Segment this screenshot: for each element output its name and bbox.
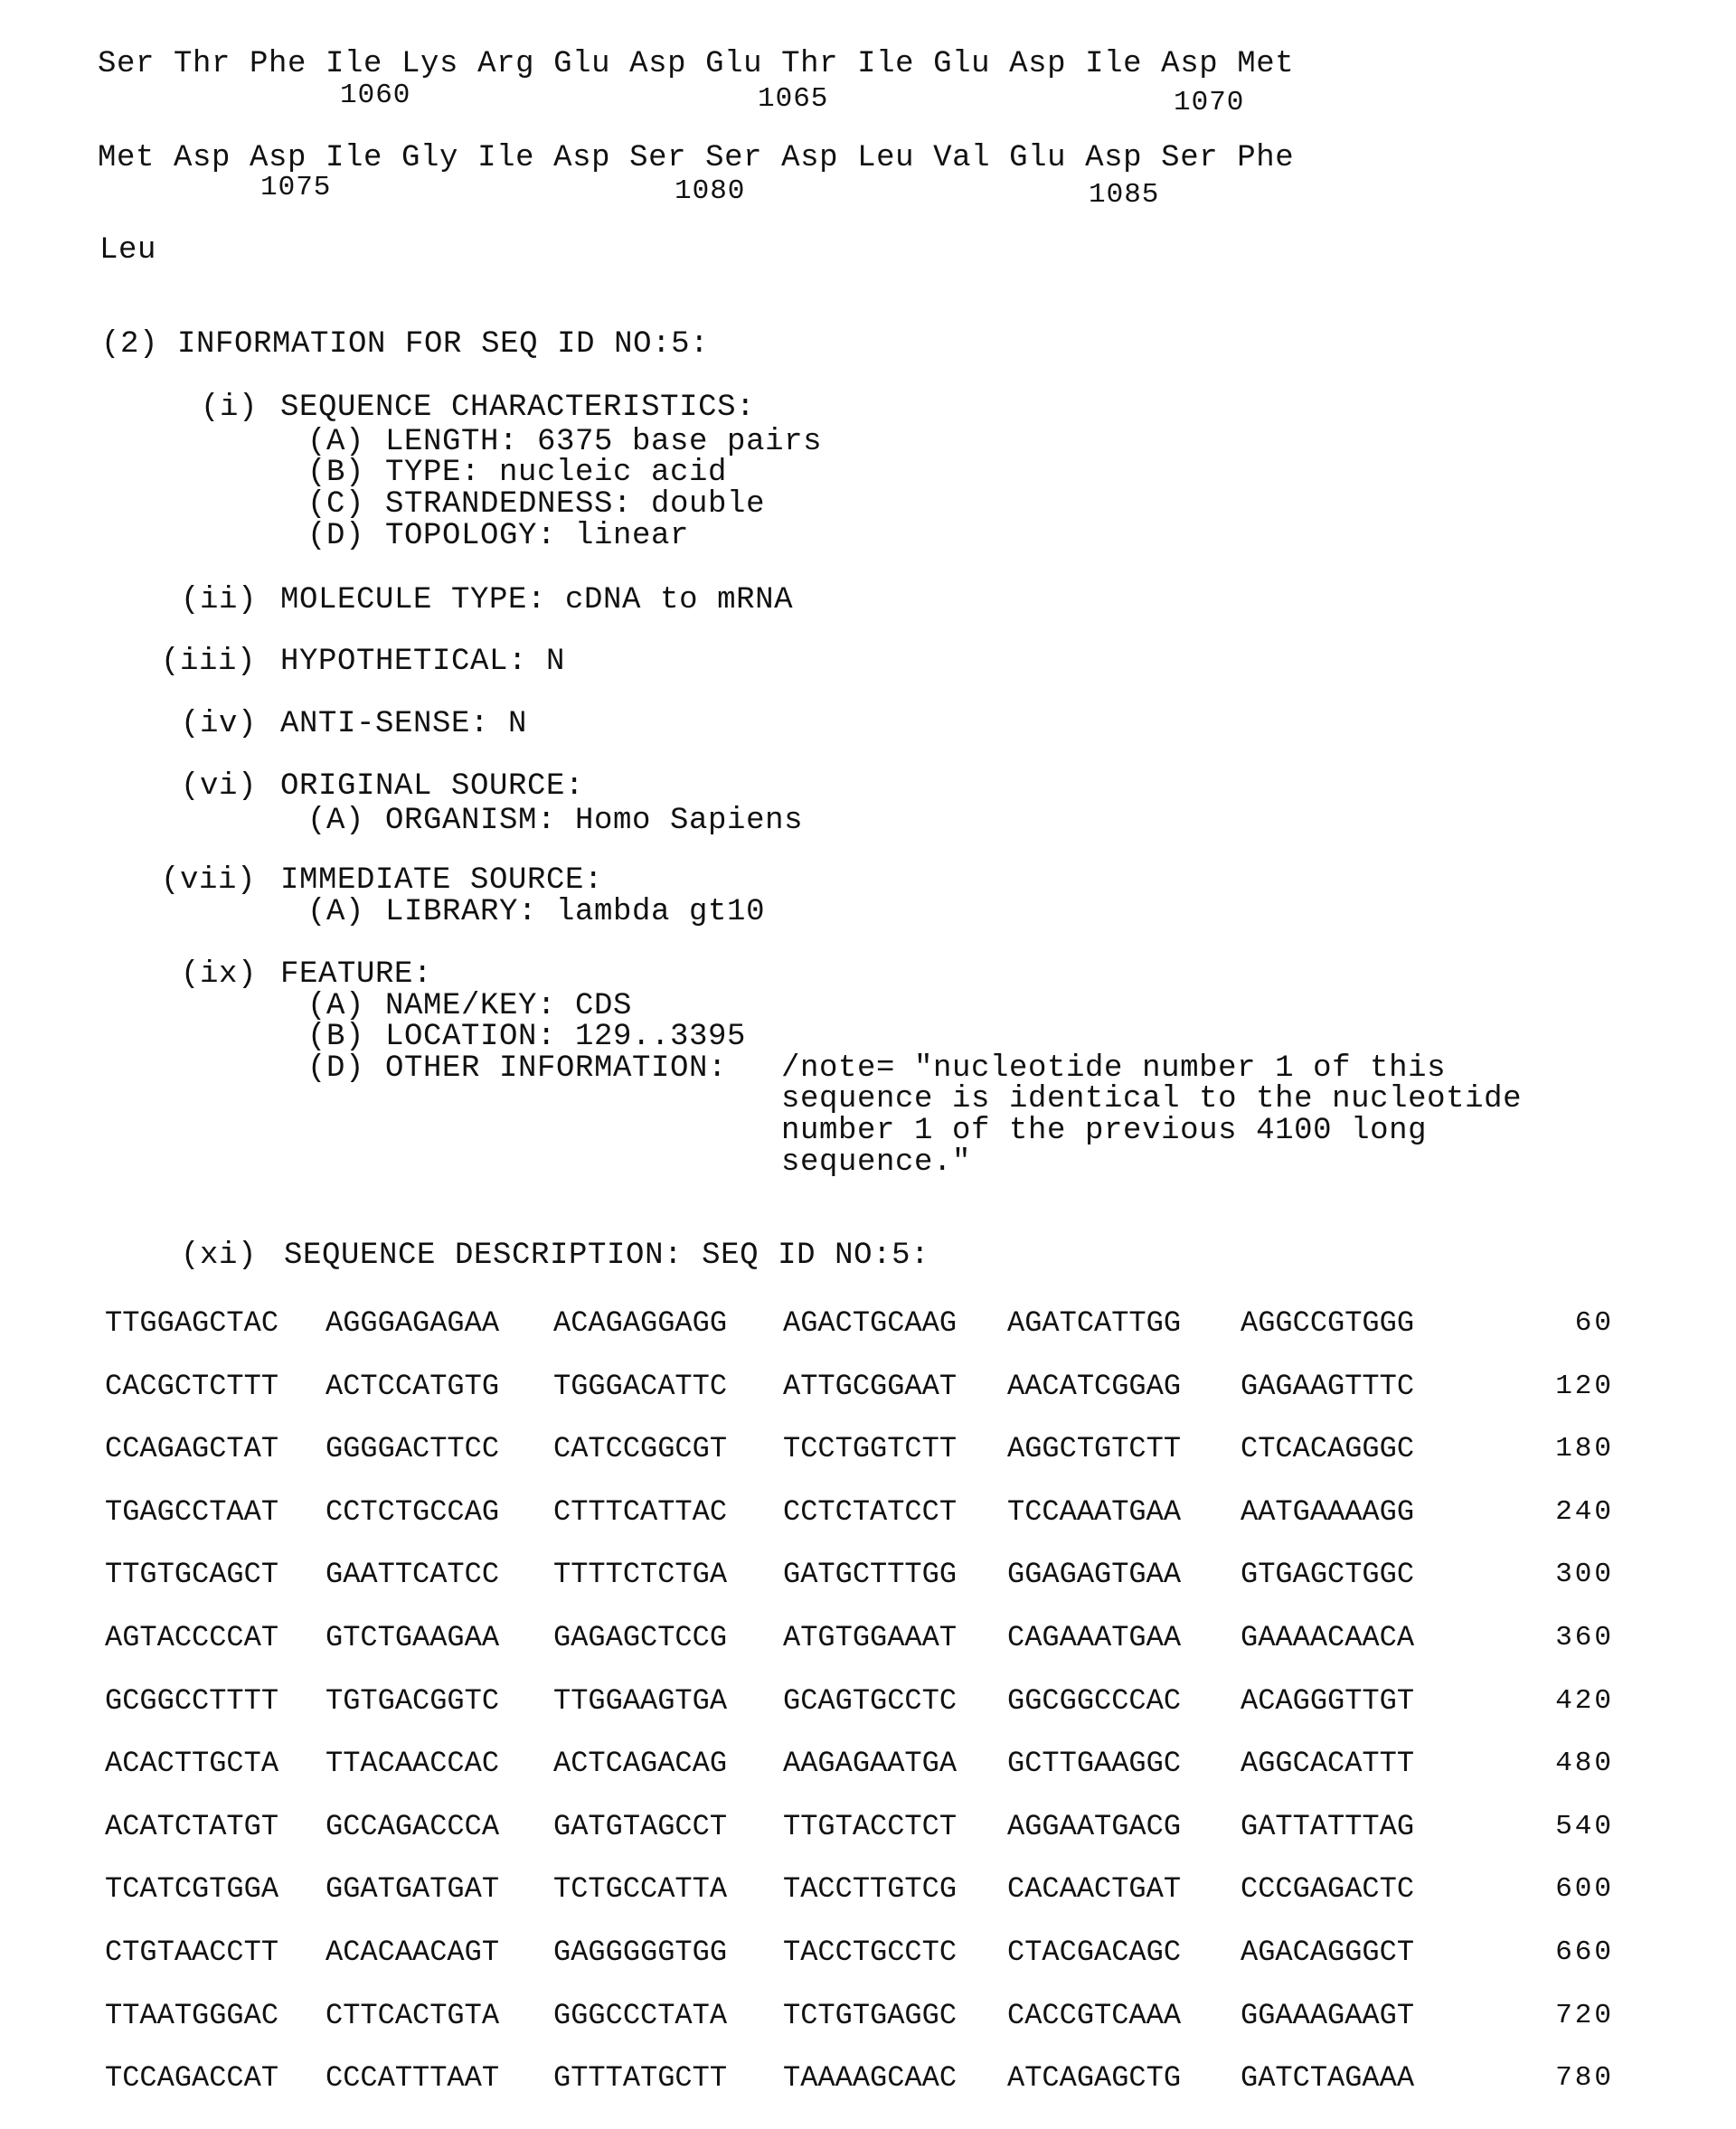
sub-item-key: (B): [307, 456, 364, 490]
nucleotide-block: TGGGACATTC: [553, 1371, 727, 1403]
strandedness-field: STRANDEDNESS: double: [385, 487, 765, 522]
nucleotide-block: TACCTTGTCG: [783, 1873, 957, 1906]
sequence-position-number: 480: [1505, 1747, 1614, 1780]
nucleotide-block: TTACAACCAC: [325, 1747, 499, 1780]
sequence-position-number: 60: [1505, 1307, 1614, 1340]
nucleotide-block: ACACTTGCTA: [105, 1747, 278, 1780]
sequence-position-number: 300: [1505, 1559, 1614, 1591]
nucleotide-block: GATCTAGAAA: [1241, 2062, 1414, 2095]
sequence-position-number: 780: [1505, 2062, 1614, 2095]
nucleotide-block: TCCTGGTCTT: [783, 1433, 957, 1465]
nucleotide-block: ATTGCGGAAT: [783, 1371, 957, 1403]
nucleotide-block: CCAGAGCTAT: [105, 1433, 278, 1465]
sequence-position-number: 180: [1505, 1433, 1614, 1465]
organism-field: ORGANISM: Homo Sapiens: [385, 804, 803, 838]
residue-number: 1060: [340, 80, 410, 111]
item-label: (vii): [161, 863, 256, 898]
nucleotide-block: TACCTGCCTC: [783, 1936, 957, 1969]
nucleotide-block: GAGGGGGTGG: [553, 1936, 727, 1969]
item-title: ORIGINAL SOURCE:: [280, 769, 584, 804]
library-field: LIBRARY: lambda gt10: [385, 895, 765, 929]
nucleotide-block: GTGAGCTGGC: [1241, 1559, 1414, 1591]
type-field: TYPE: nucleic acid: [385, 456, 727, 490]
nucleotide-block: CCCGAGACTC: [1241, 1873, 1414, 1906]
sub-item-key: (A): [307, 989, 364, 1023]
nucleotide-block: TCATCGTGGA: [105, 1873, 278, 1906]
note-line: number 1 of the previous 4100 long: [781, 1114, 1427, 1148]
nucleotide-block: TAAAAGCAAC: [783, 2062, 957, 2095]
molecule-type-field: MOLECULE TYPE: cDNA to mRNA: [280, 583, 793, 617]
nucleotide-block: TCTGCCATTA: [553, 1873, 727, 1906]
nucleotide-block: ACATCTATGT: [105, 1811, 278, 1843]
nucleotide-block: ACACAACAGT: [325, 1936, 499, 1969]
nucleotide-block: TCCAAATGAA: [1007, 1496, 1181, 1529]
sequence-position-number: 660: [1505, 1936, 1614, 1969]
topology-field: TOPOLOGY: linear: [385, 519, 689, 553]
nucleotide-block: GATGTAGCCT: [553, 1811, 727, 1843]
sequence-position-number: 540: [1505, 1811, 1614, 1843]
nucleotide-block: TCCAGACCAT: [105, 2062, 278, 2095]
item-title: SEQUENCE CHARACTERISTICS:: [280, 391, 755, 425]
nucleotide-block: CTCACAGGGC: [1241, 1433, 1414, 1465]
item-label: (ix): [181, 957, 257, 992]
residue-number: 1085: [1089, 180, 1159, 211]
sequence-description-title: SEQUENCE DESCRIPTION: SEQ ID NO:5:: [284, 1239, 929, 1273]
nucleotide-block: ACTCCATGTG: [325, 1371, 499, 1403]
nucleotide-block: AACATCGGAG: [1007, 1371, 1181, 1403]
nucleotide-block: ATCAGAGCTG: [1007, 2062, 1181, 2095]
nucleotide-block: GGGCCCTATA: [553, 2000, 727, 2032]
nucleotide-block: GGGGACTTCC: [325, 1433, 499, 1465]
nucleotide-block: GCAGTGCCTC: [783, 1685, 957, 1718]
hypothetical-field: HYPOTHETICAL: N: [280, 645, 565, 679]
sub-item-key: (D): [307, 519, 364, 553]
sub-item-key: (A): [307, 895, 364, 929]
note-line: sequence is identical to the nucleotide: [781, 1082, 1522, 1116]
sequence-position-number: 360: [1505, 1622, 1614, 1654]
note-line: sequence.": [781, 1145, 971, 1180]
residue-number: 1080: [675, 176, 745, 207]
item-title: IMMEDIATE SOURCE:: [280, 863, 603, 898]
item-label: (iii): [161, 645, 256, 679]
nucleotide-block: CATCCGGCGT: [553, 1433, 727, 1465]
nucleotide-block: AGGCACATTT: [1241, 1747, 1414, 1780]
other-information-label: OTHER INFORMATION:: [385, 1051, 727, 1086]
sub-item-key: (D): [307, 1051, 364, 1086]
nucleotide-block: ACAGAGGAGG: [553, 1307, 727, 1340]
residue-row-3: Leu: [99, 233, 156, 268]
nucleotide-block: AAGAGAATGA: [783, 1747, 957, 1780]
residue-number: 1065: [758, 84, 828, 115]
nucleotide-block: GAATTCATCC: [325, 1559, 499, 1591]
nucleotide-block: CTACGACAGC: [1007, 1936, 1181, 1969]
nucleotide-block: CTTTCATTAC: [553, 1496, 727, 1529]
nucleotide-block: GGCGGCCCAC: [1007, 1685, 1181, 1718]
location-field: LOCATION: 129..3395: [385, 1020, 746, 1054]
nucleotide-block: GGAGAGTGAA: [1007, 1559, 1181, 1591]
nucleotide-block: CAGAAATGAA: [1007, 1622, 1181, 1654]
item-title: FEATURE:: [280, 957, 432, 992]
nucleotide-block: CCTCTATCCT: [783, 1496, 957, 1529]
nucleotide-block: AGACTGCAAG: [783, 1307, 957, 1340]
sequence-position-number: 720: [1505, 2000, 1614, 2032]
section-heading: (2) INFORMATION FOR SEQ ID NO:5:: [101, 327, 709, 362]
nucleotide-block: TGTGACGGTC: [325, 1685, 499, 1718]
anti-sense-field: ANTI-SENSE: N: [280, 707, 527, 741]
nucleotide-block: GATTATTTAG: [1241, 1811, 1414, 1843]
nucleotide-block: TTGTGCAGCT: [105, 1559, 278, 1591]
nucleotide-block: CCTCTGCCAG: [325, 1496, 499, 1529]
residue-number: 1070: [1174, 88, 1244, 118]
nucleotide-block: TTGGAAGTGA: [553, 1685, 727, 1718]
nucleotide-block: CACCGTCAAA: [1007, 2000, 1181, 2032]
item-label: (iv): [181, 707, 257, 741]
residue-number: 1075: [260, 173, 331, 203]
nucleotide-block: CACGCTCTTT: [105, 1371, 278, 1403]
nucleotide-block: GCGGCCTTTT: [105, 1685, 278, 1718]
nucleotide-block: TTGGAGCTAC: [105, 1307, 278, 1340]
nucleotide-block: AGGCTGTCTT: [1007, 1433, 1181, 1465]
item-label: (xi): [181, 1239, 257, 1273]
nucleotide-block: AGTACCCCAT: [105, 1622, 278, 1654]
sequence-position-number: 120: [1505, 1371, 1614, 1403]
nucleotide-block: GGATGATGAT: [325, 1873, 499, 1906]
nucleotide-block: AGGGAGAGAA: [325, 1307, 499, 1340]
nucleotide-block: CCCATTTAAT: [325, 2062, 499, 2095]
sequence-position-number: 600: [1505, 1873, 1614, 1906]
name-key-field: NAME/KEY: CDS: [385, 989, 632, 1023]
length-field: LENGTH: 6375 base pairs: [385, 425, 822, 459]
nucleotide-block: CACAACTGAT: [1007, 1873, 1181, 1906]
nucleotide-block: TTGTACCTCT: [783, 1811, 957, 1843]
note-line: /note= "nucleotide number 1 of this: [781, 1051, 1446, 1086]
nucleotide-block: AGATCATTGG: [1007, 1307, 1181, 1340]
sub-item-key: (C): [307, 487, 364, 522]
nucleotide-block: CTTCACTGTA: [325, 2000, 499, 2032]
residue-row-1: Ser Thr Phe Ile Lys Arg Glu Asp Glu Thr …: [98, 47, 1294, 81]
nucleotide-block: GTCTGAAGAA: [325, 1622, 499, 1654]
item-label: (i): [201, 391, 258, 425]
nucleotide-block: GAGAGCTCCG: [553, 1622, 727, 1654]
nucleotide-block: AATGAAAAGG: [1241, 1496, 1414, 1529]
residue-row-2: Met Asp Asp Ile Gly Ile Asp Ser Ser Asp …: [98, 141, 1294, 175]
nucleotide-block: ACAGGGTTGT: [1241, 1685, 1414, 1718]
nucleotide-block: AGACAGGGCT: [1241, 1936, 1414, 1969]
nucleotide-block: TTTTCTCTGA: [553, 1559, 727, 1591]
nucleotide-block: ATGTGGAAAT: [783, 1622, 957, 1654]
nucleotide-block: GAAAACAACA: [1241, 1622, 1414, 1654]
nucleotide-block: GTTTATGCTT: [553, 2062, 727, 2095]
nucleotide-block: AGGAATGACG: [1007, 1811, 1181, 1843]
item-label: (vi): [181, 769, 257, 804]
nucleotide-block: AGGCCGTGGG: [1241, 1307, 1414, 1340]
nucleotide-block: GCCAGACCCA: [325, 1811, 499, 1843]
sub-item-key: (B): [307, 1020, 364, 1054]
nucleotide-block: ACTCAGACAG: [553, 1747, 727, 1780]
nucleotide-block: TTAATGGGAC: [105, 2000, 278, 2032]
sub-item-key: (A): [307, 804, 364, 838]
sequence-position-number: 420: [1505, 1685, 1614, 1718]
item-label: (ii): [181, 583, 257, 617]
nucleotide-block: GAGAAGTTTC: [1241, 1371, 1414, 1403]
nucleotide-block: GCTTGAAGGC: [1007, 1747, 1181, 1780]
sequence-position-number: 240: [1505, 1496, 1614, 1529]
nucleotide-block: GATGCTTTGG: [783, 1559, 957, 1591]
nucleotide-block: TCTGTGAGGC: [783, 2000, 957, 2032]
sub-item-key: (A): [307, 425, 364, 459]
nucleotide-block: CTGTAACCTT: [105, 1936, 278, 1969]
nucleotide-block: GGAAAGAAGT: [1241, 2000, 1414, 2032]
nucleotide-block: TGAGCCTAAT: [105, 1496, 278, 1529]
